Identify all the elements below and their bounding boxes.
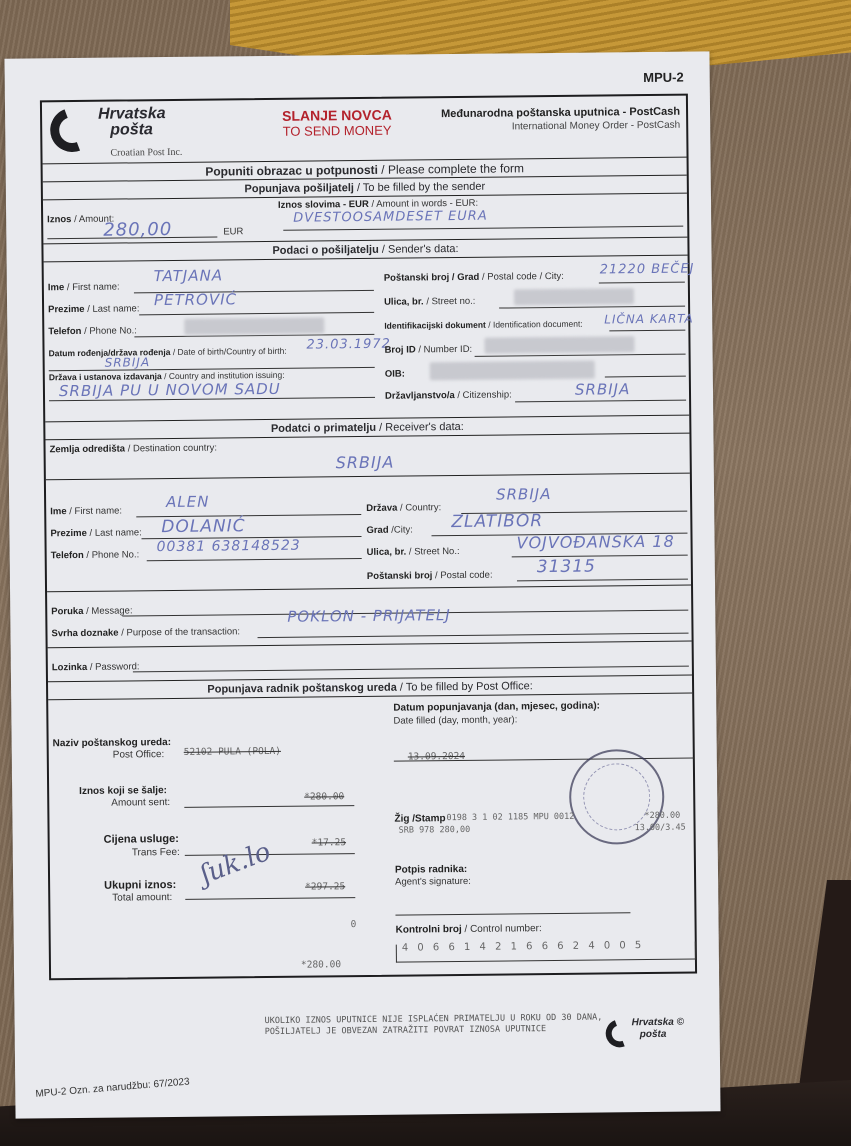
form-header: Hrvatska pošta Croatian Post Inc. SLANJE… xyxy=(42,96,687,165)
purpose-label: Svrha doznake / Purpose of the transacti… xyxy=(51,626,240,639)
footer-logo: Hrvatska © pošta xyxy=(606,1017,686,1058)
receiver-country-field[interactable]: SRBIJA xyxy=(496,485,552,504)
total-label-hr: Ukupni iznos: xyxy=(104,879,176,892)
receiver-last-name-field[interactable]: DOLANIĆ xyxy=(161,516,245,537)
password-label: Lozinka / Password: xyxy=(52,661,140,673)
sender-last-name-line xyxy=(139,312,374,315)
receiver-first-name-field[interactable]: ALEN xyxy=(166,493,210,511)
purpose-field[interactable]: POKLON - PRIJATELJ xyxy=(287,606,451,626)
footer-logo-line2: pošta xyxy=(640,1029,667,1040)
complete-en: / Please complete the form xyxy=(378,161,524,177)
sender-street-redacted[interactable] xyxy=(514,288,634,305)
sender-fill-hr: Popunjava pošiljatelj xyxy=(244,182,354,195)
sender-id-doc-line xyxy=(609,330,685,332)
title-en: TO SEND MONEY xyxy=(282,123,392,139)
stamp-inner-ring xyxy=(583,763,651,831)
office-right-column: Datum popunjavanja (dan, mjesec, godina)… xyxy=(393,694,696,997)
receiver-street-label: Ulica, br. / Street No.: xyxy=(367,546,460,558)
receiver-postal-label: Poštanski broj / Postal code: xyxy=(367,570,493,582)
sender-id-doc-label: Identifikacijski dokument / Identificati… xyxy=(384,319,583,331)
amount-sent-label-hr: Iznos koji se šalje: xyxy=(79,785,167,797)
amount-sent-line xyxy=(184,805,354,808)
sender-phone-label: Telefon / Phone No.: xyxy=(48,325,137,337)
date-label-en: Date filled (day, month, year): xyxy=(393,714,517,726)
control-label: Kontrolni broj / Control number: xyxy=(396,923,542,936)
office-zero: 0 xyxy=(350,919,356,930)
amount-field[interactable]: 280,00 xyxy=(103,219,172,241)
date-value: 13.09.2024 xyxy=(408,751,465,763)
sender-postal-city-field[interactable]: 21220 BEČEJ xyxy=(600,262,695,278)
complete-hr: Popuniti obrazac u potpunosti xyxy=(205,163,378,179)
signature-label-hr: Potpis radnika: xyxy=(395,864,467,876)
amount-words-line xyxy=(283,226,683,231)
receiver-last-name-label: Prezime / Last name: xyxy=(50,527,141,539)
receiver-postal-field[interactable]: 31315 xyxy=(537,557,596,578)
sender-id-number-redacted[interactable] xyxy=(484,336,634,354)
stamp-line2: SRB 978 280,00 xyxy=(399,825,471,836)
destination-label: Zemlja odredišta / Destination country: xyxy=(50,443,217,456)
sender-oib-label: OIB: xyxy=(385,369,405,380)
subtitle-en: International Money Order - PostCash xyxy=(441,120,680,134)
sender-street-line xyxy=(499,306,685,309)
notice-line2: POŠILJATELJ JE OBVEZAN ZATRAŽITI POVRAT … xyxy=(265,1024,603,1039)
sender-birth-label: Datum rođenja/država rođenja / Date of b… xyxy=(49,346,287,358)
sender-birth-country-field[interactable]: SRBIJA xyxy=(105,355,151,369)
amount-sent-value: *280.00 xyxy=(304,791,344,802)
money-order-form: MPU-2 Hrvatska pošta Croatian Post Inc. … xyxy=(4,51,720,1118)
order-code: MPU-2 Ozn. za narudžbu: 67/2023 xyxy=(35,1076,190,1099)
sender-last-name-label: Prezime / Last name: xyxy=(48,303,139,315)
password-line xyxy=(133,666,689,673)
purpose-line xyxy=(258,633,689,639)
sender-street-label: Ulica, br. / Street no.: xyxy=(384,296,475,308)
post-office-label-hr: Naziv poštanskog ureda: xyxy=(53,737,171,749)
receiver-postal-line xyxy=(517,579,688,582)
sender-phone-redacted[interactable] xyxy=(184,317,324,334)
amount-sent-label-en: Amount sent: xyxy=(111,797,170,809)
title-hr: SLANJE NOVCA xyxy=(282,107,392,124)
receiver-section: Ime / First name: ALEN Prezime / Last na… xyxy=(46,474,691,593)
signature-label-en: Agent's signature: xyxy=(395,876,471,888)
sender-citizenship-line xyxy=(515,400,686,403)
form-frame: Hrvatska pošta Croatian Post Inc. SLANJE… xyxy=(40,94,697,981)
sender-issuing-field[interactable]: SRBIJA PU U NOVOM SADU xyxy=(59,380,281,400)
logo-subtitle: Croatian Post Inc. xyxy=(110,147,182,159)
receiver-phone-label: Telefon / Phone No.: xyxy=(51,549,140,561)
sender-oib-redacted[interactable] xyxy=(430,361,595,381)
stamp-line1: 0198 3 1 02 1185 MPU 0012 xyxy=(446,812,574,823)
sender-citizenship-field[interactable]: SRBIJA xyxy=(575,380,631,399)
sender-fill-en: / To be filled by the sender xyxy=(354,181,485,194)
post-office-value: 52102 PULA (POLA) xyxy=(184,746,281,758)
form-code: MPU-2 xyxy=(643,70,684,85)
sender-citizenship-label: Državljanstvo/a / Citizenship: xyxy=(385,389,512,401)
total-value: *297.25 xyxy=(305,881,345,892)
receiver-phone-line xyxy=(147,558,362,561)
post-office-label-en: Post Office: xyxy=(113,749,165,761)
hrvatska-posta-logo: Hrvatska pošta Croatian Post Inc. xyxy=(50,105,211,163)
receiver-phone-field[interactable]: 00381 638148523 xyxy=(157,538,301,556)
receiver-street-field[interactable]: VOJVOĐANSKA 18 xyxy=(516,532,674,553)
date-label-hr: Datum popunjavanja (dan, mjesec, godina)… xyxy=(393,701,600,714)
message-label: Poruka / Message: xyxy=(51,605,132,617)
sender-first-name-field[interactable]: TATJANA xyxy=(154,266,223,285)
receiver-first-name-label: Ime / First name: xyxy=(50,506,122,518)
amount-words-field[interactable]: DVESTOOSAMDESET EURA xyxy=(293,209,488,226)
password-row: Lozinka / Password: xyxy=(48,642,692,683)
receiver-country-label: Država / Country: xyxy=(366,502,441,514)
logo-text-line2: pošta xyxy=(110,121,153,139)
sender-id-number-label: Broj ID / Number ID: xyxy=(384,344,472,356)
total-label-en: Total amount: xyxy=(112,892,172,904)
form-subtitle: Međunarodna poštanska uputnica - PostCas… xyxy=(441,106,680,134)
form-title: SLANJE NOVCA TO SEND MONEY xyxy=(282,107,392,139)
currency-label: EUR xyxy=(223,226,243,237)
fee-label-en: Trans Fee: xyxy=(132,847,180,859)
signature-line xyxy=(395,912,630,915)
fee-value: *17.25 xyxy=(312,837,346,848)
sender-id-number-line xyxy=(475,354,686,357)
sender-id-doc-field[interactable]: LIČNA KARTA xyxy=(604,312,694,327)
message-purpose-row: Poruka / Message: Svrha doznake / Purpos… xyxy=(47,586,692,649)
office-amount-repeat: *280.00 xyxy=(301,959,341,970)
post-office-section: Naziv poštanskog ureda: Post Office: 521… xyxy=(48,694,695,1001)
amount-row: Iznos / Amount: 280,00 EUR Iznos slovima… xyxy=(43,194,687,245)
destination-field[interactable]: SRBIJA xyxy=(336,453,395,473)
posthorn-logo-icon xyxy=(43,101,101,159)
sender-signature: ʃuk.lo xyxy=(197,837,275,890)
fee-label-hr: Cijena usluge: xyxy=(104,833,179,846)
sender-oib-line xyxy=(605,376,686,378)
stamp-right1: *280.00 xyxy=(644,811,680,821)
sender-last-name-field[interactable]: PETROVIĆ xyxy=(154,290,237,309)
sender-postal-city-label: Poštanski broj / Grad / Postal code / Ci… xyxy=(384,271,564,284)
sender-postal-city-line xyxy=(599,282,685,284)
receiver-city-field[interactable]: ZLATIBOR xyxy=(451,511,543,532)
footer-logo-line1: Hrvatska © xyxy=(632,1017,685,1029)
total-line xyxy=(185,897,355,900)
stamp-label: Žig /Stamp xyxy=(394,813,445,825)
destination-row: Zemlja odredišta / Destination country: … xyxy=(45,434,689,481)
sender-birth-date-field[interactable]: 23.03.1972 xyxy=(306,337,391,353)
return-notice: UKOLIKO IZNOS UPUTNICE NIJE ISPLAĆEN PRI… xyxy=(265,1013,603,1039)
sender-first-name-label: Ime / First name: xyxy=(48,282,120,294)
receiver-city-label: Grad /City: xyxy=(366,524,413,535)
subtitle-hr: Međunarodna poštanska uputnica - PostCas… xyxy=(441,106,680,121)
sender-section: Ime / First name: TATJANA Prezime / Last… xyxy=(44,256,690,423)
stamp-right2: 13.00/3.45 xyxy=(635,823,686,834)
